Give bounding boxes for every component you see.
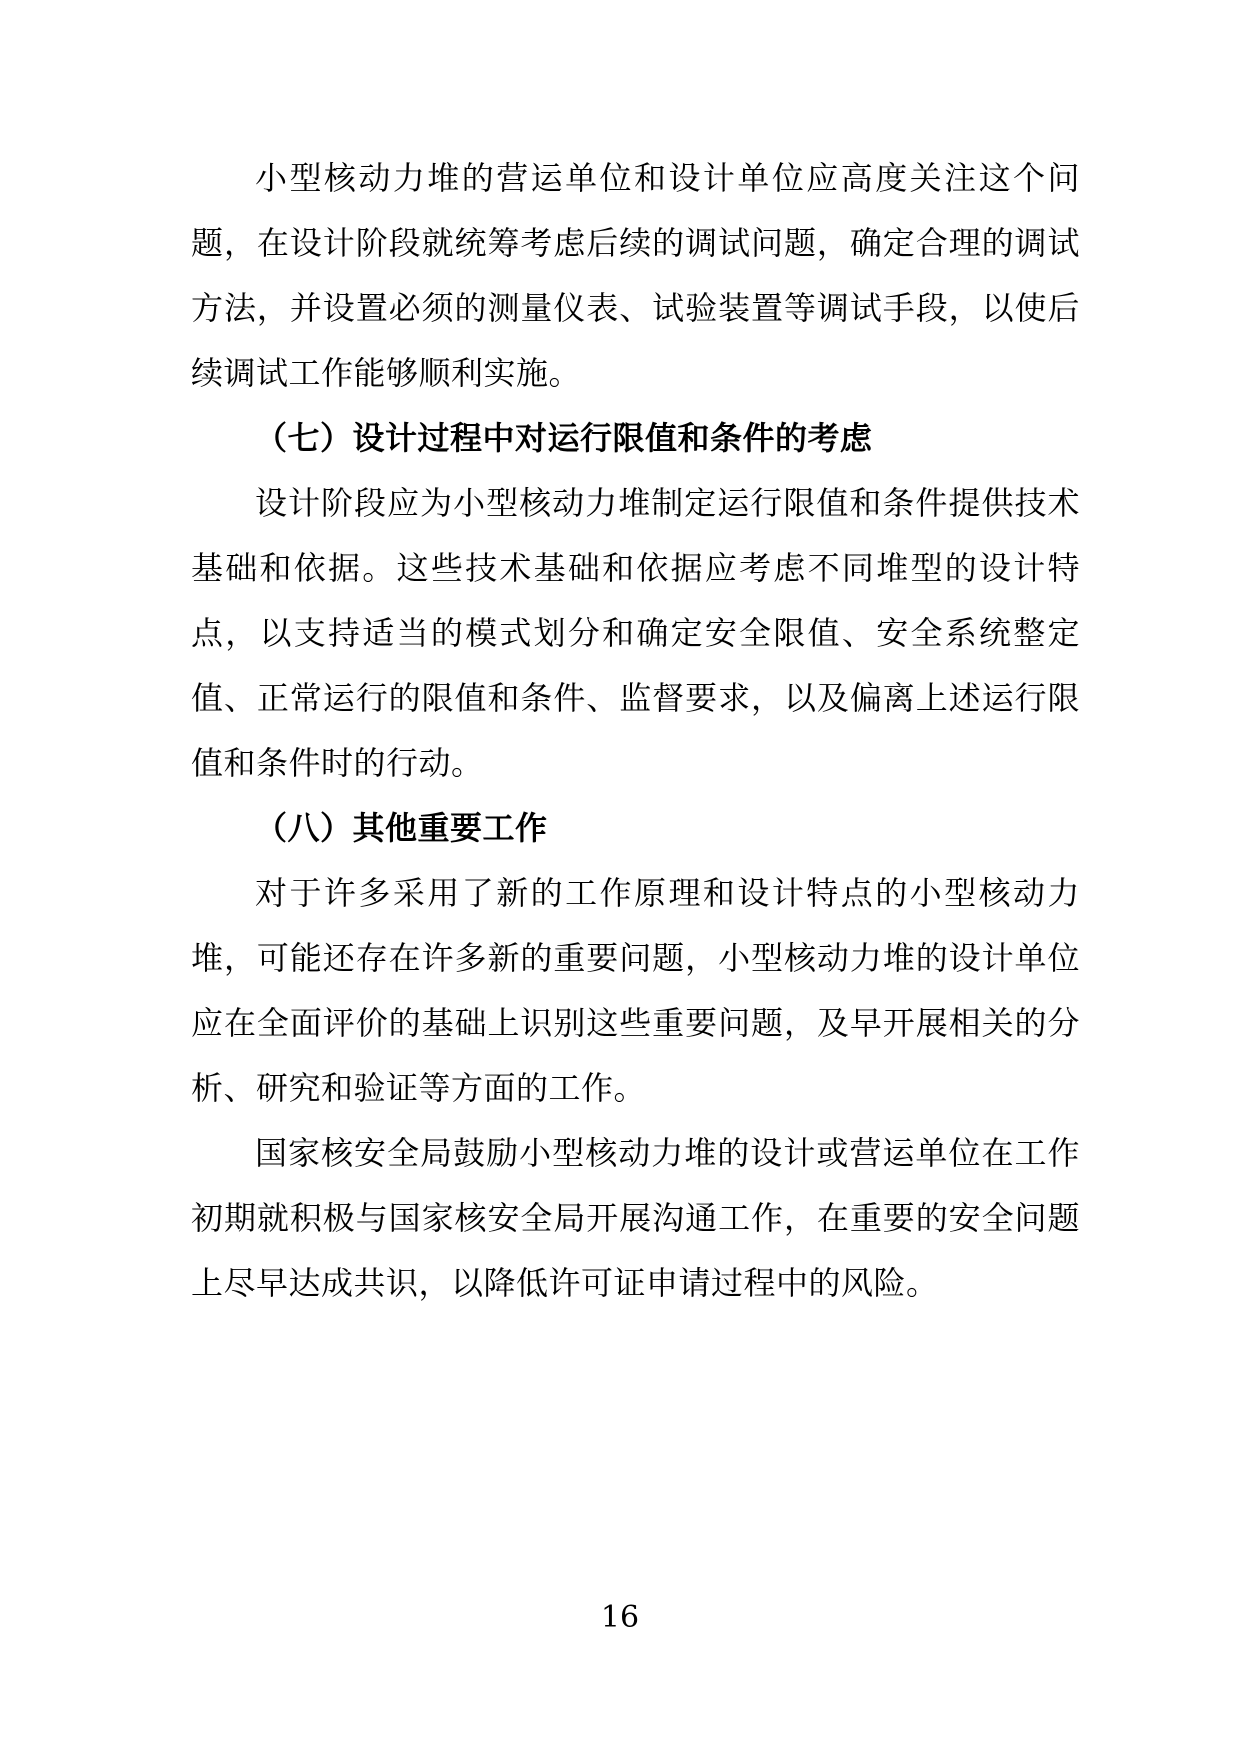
paragraph-nnsa-communication: 国家核安全局鼓励小型核动力堆的设计或营运单位在工作初期就积极与国家核安全局开展沟… <box>191 1121 1080 1316</box>
paragraph-other-important-work: 对于许多采用了新的工作原理和设计特点的小型核动力堆，可能还存在许多新的重要问题，… <box>191 861 1080 1121</box>
document-page: 小型核动力堆的营运单位和设计单位应高度关注这个问题，在设计阶段就统筹考虑后续的调… <box>0 0 1240 1753</box>
paragraph-commissioning: 小型核动力堆的营运单位和设计单位应高度关注这个问题，在设计阶段就统筹考虑后续的调… <box>191 146 1080 406</box>
section-heading-8: （八）其他重要工作 <box>191 796 1080 861</box>
document-body: 小型核动力堆的营运单位和设计单位应高度关注这个问题，在设计阶段就统筹考虑后续的调… <box>191 146 1080 1316</box>
paragraph-operating-limits: 设计阶段应为小型核动力堆制定运行限值和条件提供技术基础和依据。这些技术基础和依据… <box>191 471 1080 796</box>
page-number: 16 <box>0 1596 1240 1640</box>
section-heading-7: （七）设计过程中对运行限值和条件的考虑 <box>191 406 1080 471</box>
